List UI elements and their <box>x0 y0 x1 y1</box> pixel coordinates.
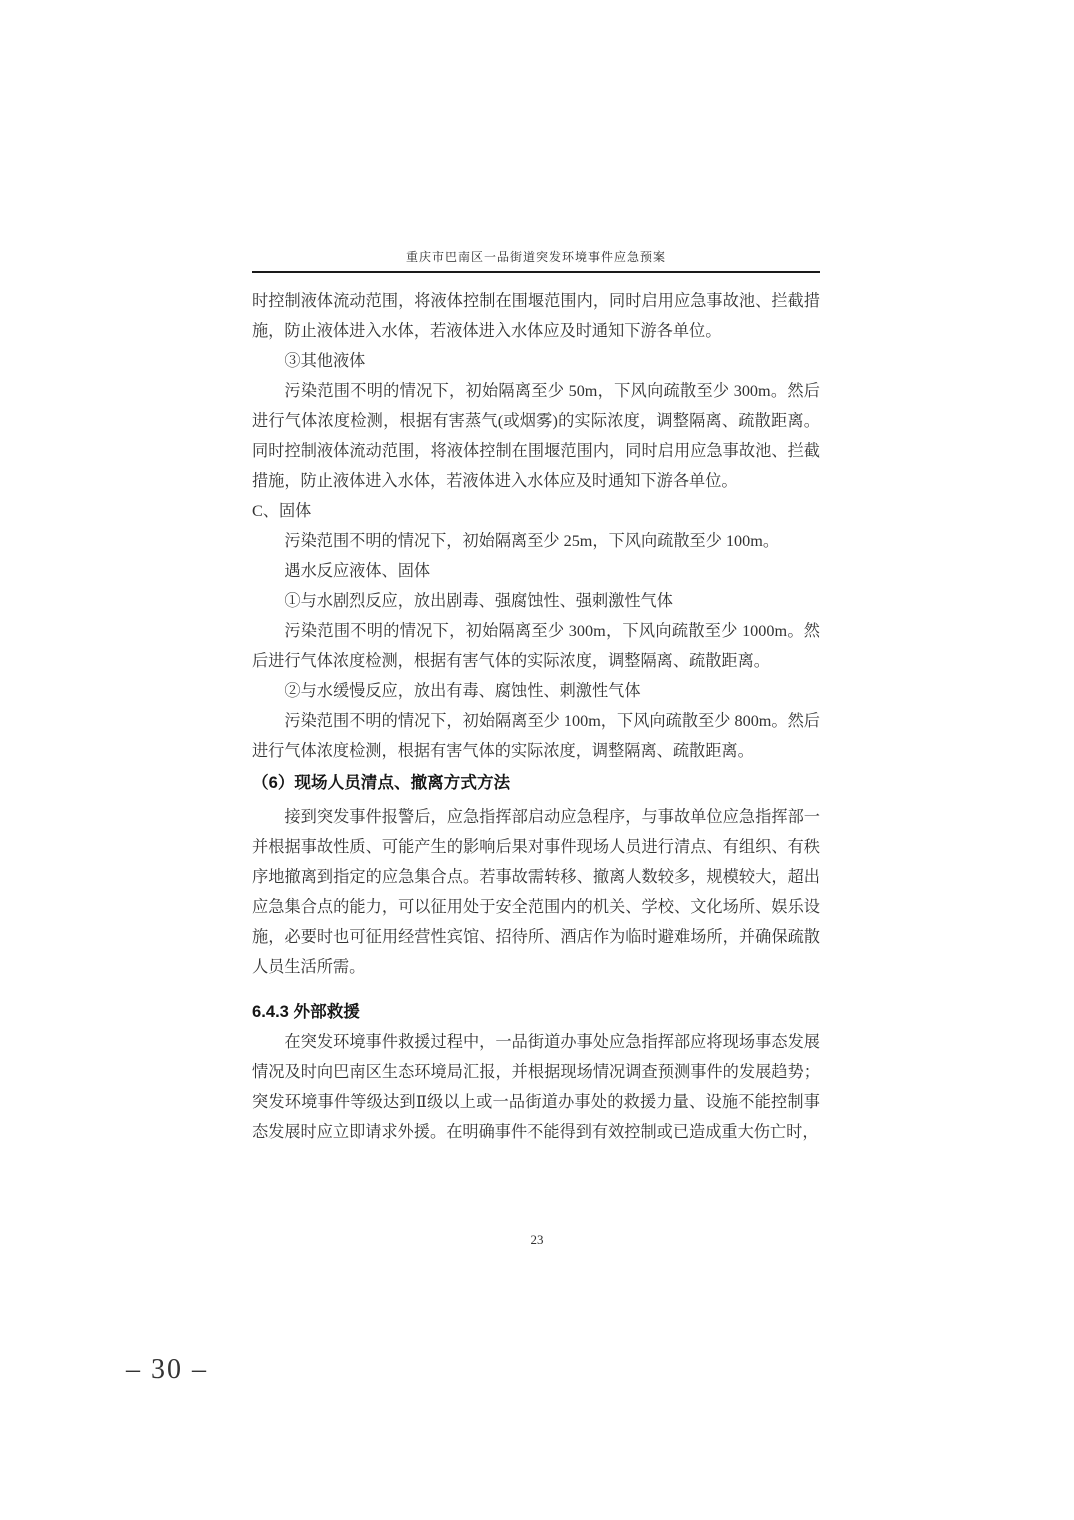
page-number: 23 <box>0 1232 1074 1248</box>
folio-page-number: – 30 – <box>126 1354 208 1386</box>
running-header: 重庆市巴南区一品街道突发环境事件应急预案 <box>252 248 820 273</box>
paragraph: C、固体 <box>252 496 820 526</box>
document-body: 时控制液体流动范围，将液体控制在围堰范围内，同时启用应急事故池、拦截措施，防止液… <box>252 286 820 1147</box>
paragraph: 污染范围不明的情况下，初始隔离至少 25m，下风向疏散至少 100m。 <box>252 526 820 556</box>
paragraph: 污染范围不明的情况下，初始隔离至少 100m，下风向疏散至少 800m。然后进行… <box>252 706 820 766</box>
paragraph: 遇水反应液体、固体 <box>252 556 820 586</box>
subsection-heading: （6）现场人员清点、撤离方式方法 <box>252 768 820 798</box>
paragraph: 接到突发事件报警后，应急指挥部启动应急程序，与事故单位应急指挥部一并根据事故性质… <box>252 802 820 982</box>
paragraph: 污染范围不明的情况下，初始隔离至少 300m，下风向疏散至少 1000m。然后进… <box>252 616 820 676</box>
paragraph: ②与水缓慢反应，放出有毒、腐蚀性、刺激性气体 <box>252 676 820 706</box>
paragraph: 时控制液体流动范围，将液体控制在围堰范围内，同时启用应急事故池、拦截措施，防止液… <box>252 286 820 346</box>
paragraph: ①与水剧烈反应，放出剧毒、强腐蚀性、强刺激性气体 <box>252 586 820 616</box>
paragraph: 在突发环境事件救援过程中，一品街道办事处应急指挥部应将现场事态发展情况及时向巴南… <box>252 1027 820 1147</box>
paragraph: 污染范围不明的情况下，初始隔离至少 50m，下风向疏散至少 300m。然后进行气… <box>252 376 820 496</box>
document-page: 重庆市巴南区一品街道突发环境事件应急预案 时控制液体流动范围，将液体控制在围堰范… <box>0 0 1074 1520</box>
paragraph: ③其他液体 <box>252 346 820 376</box>
content-column: 重庆市巴南区一品街道突发环境事件应急预案 时控制液体流动范围，将液体控制在围堰范… <box>252 248 820 1147</box>
running-header-title: 重庆市巴南区一品街道突发环境事件应急预案 <box>406 250 666 264</box>
section-heading: 6.4.3 外部救援 <box>252 997 820 1027</box>
